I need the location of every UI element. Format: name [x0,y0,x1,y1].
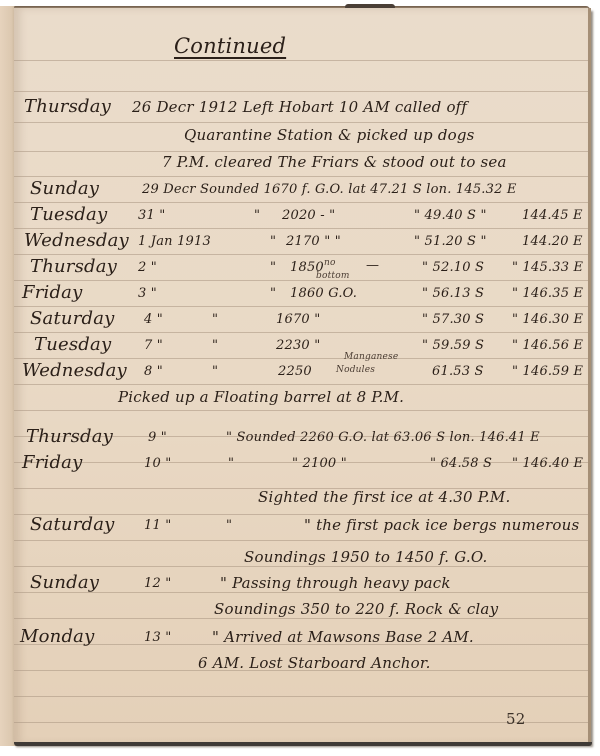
entry-date: 1 Jan 1913 [138,234,211,249]
entry-day: Thursday [30,256,117,277]
latitude: " 64.58 S [430,456,492,471]
rule-line [14,358,588,359]
rule-line [14,202,588,203]
latitude: " 57.30 S [422,312,484,327]
rule-line [14,306,588,307]
ditto-mark: " [212,312,218,327]
longitude: " 146.59 E [512,364,583,379]
entry-date: 13 " [144,630,171,645]
page-bottom-edge [14,742,592,746]
entry-text: 26 Decr 1912 Left Hobart 10 AM called of… [132,98,467,116]
entry-day: Tuesday [34,334,111,355]
entry-day: Friday [22,452,82,473]
rule-line [14,410,588,411]
rule-line [14,151,588,152]
ditto-mark: " [270,286,276,301]
ditto-mark: " [254,208,260,223]
entry-day: Sunday [30,178,99,199]
rule-line [14,91,588,92]
page-number: 52 [506,710,526,728]
rule-line [14,332,588,333]
entry-note: Soundings 350 to 220 f. Rock & clay [214,600,498,618]
bottom-sample-note: Nodules [336,365,375,375]
sounding-depth: 2250 [278,364,312,379]
latitude: 61.53 S [432,364,484,379]
longitude: " 146.35 E [512,286,583,301]
ditto-mark: " [212,364,218,379]
sounding-depth: 1860 G.O. [290,286,357,301]
entry-day: Friday [22,282,82,303]
entry-date: 7 " [144,338,163,353]
ditto-mark: " [212,338,218,353]
ditto-mark: " [270,260,276,275]
rule-line [14,280,588,281]
entry-date: 31 " [138,208,165,223]
longitude: " 145.33 E [512,260,583,275]
sounding-depth: " 2100 " [292,456,347,471]
sounding-depth: 2230 " [276,338,320,353]
dash: — [366,258,379,273]
rule-line [14,60,588,61]
entry-continuation: Quarantine Station & picked up dogs [184,126,475,144]
logbook-page: Continued Thursday 26 Decr 1912 Left Hob… [14,8,591,744]
longitude: " 146.56 E [512,338,583,353]
entry-text: " Arrived at Mawsons Base 2 AM. [212,628,474,646]
entry-day: Saturday [30,308,115,329]
longitude: 144.20 E [522,234,583,249]
rule-line [14,176,588,177]
rule-line [14,540,588,541]
entry-continuation: 7 P.M. cleared The Friars & stood out to… [162,153,507,171]
rule-line [14,228,588,229]
entry-day: Wednesday [24,230,129,251]
entry-text: " Passing through heavy pack [220,574,451,592]
longitude: 144.45 E [522,208,583,223]
bottom-sample-note: Manganese [344,352,398,362]
sounding-depth: 2020 - " [282,208,335,223]
rule-line [14,722,588,723]
ditto-mark: " [228,456,234,471]
latitude: " 49.40 S " [414,208,487,223]
page-title: Continued [174,34,286,58]
entry-note: Picked up a Floating barrel at 8 P.M. [118,388,404,406]
entry-day: Thursday [24,96,111,117]
latitude: " 56.13 S [422,286,484,301]
rule-line [14,592,588,593]
rule-line [14,618,588,619]
rule-line [14,696,588,697]
entry-date: 3 " [138,286,157,301]
entry-text: " Sounded 2260 G.O. lat 63.06 S lon. 146… [226,430,540,445]
longitude: " 146.30 E [512,312,583,327]
entry-day: Saturday [30,514,115,535]
entry-note: Sighted the first ice at 4.30 P.M. [258,488,510,506]
latitude: " 51.20 S " [414,234,487,249]
entry-note: 6 AM. Lost Starboard Anchor. [198,654,431,672]
rule-line [14,384,588,385]
latitude: " 52.10 S [422,260,484,275]
sounding-note: no [324,258,336,268]
entry-note: Soundings 1950 to 1450 f. G.O. [244,548,487,566]
entry-day: Monday [20,626,94,647]
entry-date: 4 " [144,312,163,327]
entry-day: Sunday [30,572,99,593]
entry-date: 11 " [144,518,171,533]
ditto-mark: " [226,518,232,533]
sounding-depth: 2170 " " [286,234,341,249]
entry-text: 29 Decr Sounded 1670 f. G.O. lat 47.21 S… [142,182,517,197]
longitude: " 146.40 E [512,456,583,471]
entry-date: 2 " [138,260,157,275]
entry-date: 8 " [144,364,163,379]
entry-day: Wednesday [22,360,127,381]
entry-date: 9 " [148,430,167,445]
rule-line [14,122,588,123]
rule-line [14,566,588,567]
sounding-depth: 1670 " [276,312,320,327]
entry-day: Thursday [26,426,113,447]
rule-line [14,254,588,255]
entry-day: Tuesday [30,204,107,225]
entry-date: 10 " [144,456,171,471]
sounding-note: bottom [316,271,350,281]
latitude: " 59.59 S [422,338,484,353]
ditto-mark: " [270,234,276,249]
entry-text: " the first pack ice bergs numerous [304,516,579,534]
entry-date: 12 " [144,576,171,591]
